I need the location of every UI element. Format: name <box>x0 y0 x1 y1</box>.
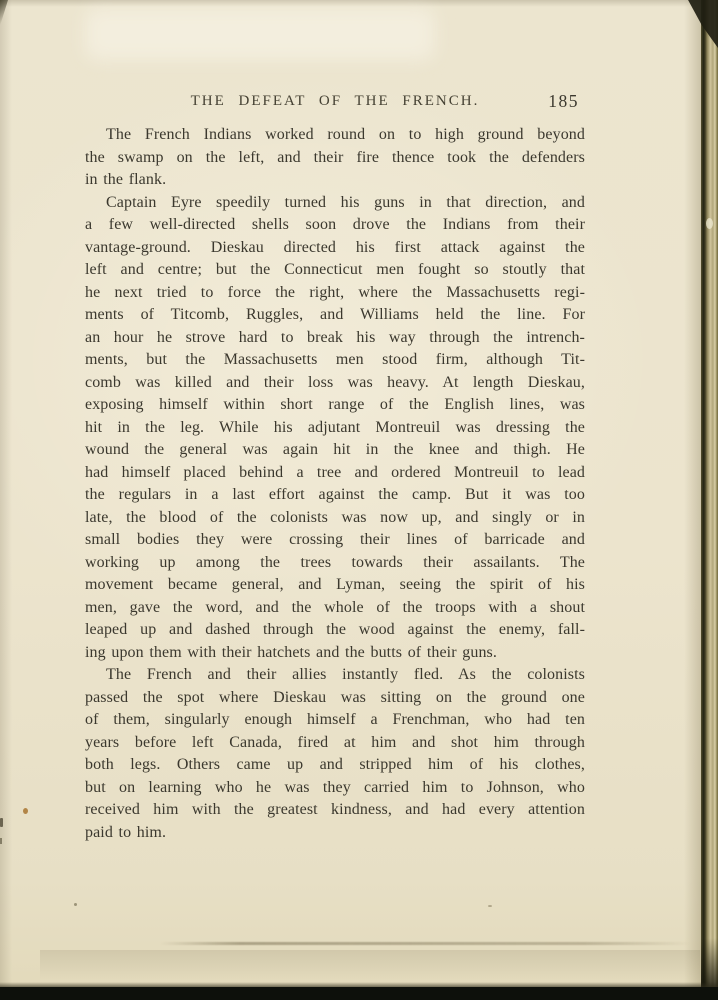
text-line: received him with the greatest kindness,… <box>85 799 585 822</box>
paper-speck <box>74 903 77 906</box>
page-curl-shadow <box>40 950 700 980</box>
text-line: had himself placed behind a tree and ord… <box>85 462 585 485</box>
text-line: a few well-directed shells soon drove th… <box>85 214 585 237</box>
text-line: years before left Canada, fired at him a… <box>85 732 585 755</box>
text-line: late, the blood of the colonists was now… <box>85 507 585 530</box>
text-line: comb was killed and their loss was heavy… <box>85 372 585 395</box>
text-line: the regulars in a last effort against th… <box>85 484 585 507</box>
text-line: both legs. Others came up and stripped h… <box>85 754 585 777</box>
text-line: left and centre; but the Connecticut men… <box>85 259 585 282</box>
text-line: hit in the leg. While his adjutant Montr… <box>85 417 585 440</box>
fore-edge-bottom-shadow <box>701 938 718 987</box>
text-line: ing upon them with their hatchets and th… <box>85 642 585 665</box>
paper-highlight <box>85 8 435 60</box>
paragraph: Captain Eyre speedily turned his guns in… <box>85 192 585 665</box>
left-edge-mark <box>0 818 3 827</box>
page-gutter-shade <box>684 0 701 1000</box>
text-line: ments, but the Massachusetts men stood f… <box>85 349 585 372</box>
page-number: 185 <box>548 91 579 112</box>
book-fore-edge-texture <box>701 0 718 1000</box>
running-header: THE DEFEAT OF THE FRENCH. 185 <box>85 93 585 115</box>
paper-speck <box>488 905 492 907</box>
scan-bottom-bar <box>0 987 718 1000</box>
text-line: paid to him. <box>85 822 585 845</box>
text-line: small bodies they were crossing their li… <box>85 529 585 552</box>
text-line: working up among the trees towards their… <box>85 552 585 575</box>
text-line: leaped up and dashed through the wood ag… <box>85 619 585 642</box>
text-line: but on learning who he was they carried … <box>85 777 585 800</box>
left-edge-shade <box>0 0 12 1000</box>
text-line: men, gave the word, and the whole of the… <box>85 597 585 620</box>
text-line: movement became general, and Lyman, seei… <box>85 574 585 597</box>
text-line: an hour he strove hard to break his way … <box>85 327 585 350</box>
top-edge-shade <box>0 0 718 7</box>
text-line: of them, singularly enough himself a Fre… <box>85 709 585 732</box>
text-line: passed the spot where Dieskau was sittin… <box>85 687 585 710</box>
text-line: vantage-ground. Dieskau directed his fir… <box>85 237 585 260</box>
page-crease-line <box>160 942 690 945</box>
paragraph: The French and their allies instantly fl… <box>85 664 585 844</box>
book-page-scan: THE DEFEAT OF THE FRENCH. 185 The French… <box>0 0 718 1000</box>
paragraph: The French Indians worked round on to hi… <box>85 124 585 192</box>
text-line: in the flank. <box>85 169 585 192</box>
fore-edge-highlight <box>706 218 713 229</box>
text-line: wound the general was again hit in the k… <box>85 439 585 462</box>
text-line: exposing himself within short range of t… <box>85 394 585 417</box>
paper-speck <box>23 808 28 814</box>
text-block: The French Indians worked round on to hi… <box>85 124 585 844</box>
text-line: the swamp on the left, and their fire th… <box>85 147 585 170</box>
text-line: ments of Titcomb, Ruggles, and Williams … <box>85 304 585 327</box>
running-header-title: THE DEFEAT OF THE FRENCH. <box>191 93 480 110</box>
text-line: The French Indians worked round on to hi… <box>85 124 585 147</box>
text-line: he next tried to force the right, where … <box>85 282 585 305</box>
text-line: The French and their allies instantly fl… <box>85 664 585 687</box>
text-line: Captain Eyre speedily turned his guns in… <box>85 192 585 215</box>
left-edge-mark <box>0 838 2 844</box>
